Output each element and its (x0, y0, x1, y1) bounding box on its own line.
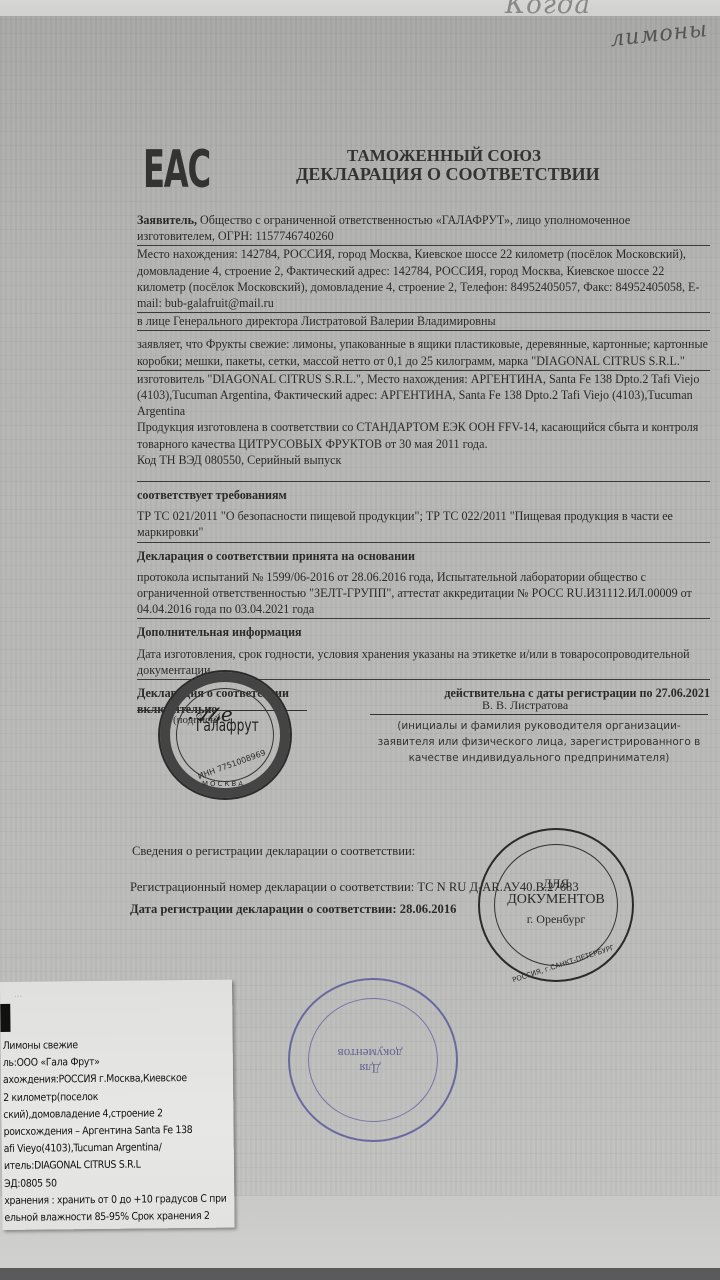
registration-date-value: 28.06.2016 (400, 902, 457, 916)
eac-logo-icon: EAC (143, 140, 210, 200)
divider (137, 468, 710, 482)
copy-certification-stamp: ДЛЯ ДОКУМЕНТОВ г. Оренбург РОССИЯ, г.САН… (478, 828, 634, 982)
stamp-line-3: г. Оренбург (480, 912, 632, 927)
declaration-body: Заявитель, Общество с ограниченной ответ… (137, 212, 710, 717)
name-line (370, 714, 708, 715)
signatory-name: В. В. Листратова (482, 698, 568, 713)
registration-date-label: Дата регистрации декларации о соответств… (130, 902, 397, 916)
document-title-union: ТАМОЖЕННЫЙ СОЮЗ (347, 146, 541, 166)
product-description: заявляет, что Фрукты свежие: лимоны, упа… (137, 336, 710, 370)
blue-stamp-text: Для документов (320, 1046, 420, 1076)
product-label-sticker: … Лимоны свежие ль:ООО «Гала Фрут» ахожд… (0, 980, 235, 1230)
stamp-line-1: ДЛЯ (480, 876, 632, 892)
company-seal-stamp: 𝒜𝓁𝓈𝑒 Галафрут ИНН 7751008969 МОСКВА (158, 670, 292, 800)
sticker-line: роисхождения – Аргентина Santa Fe 138 (3, 1122, 225, 1142)
sticker-text: Лимоны свежие ль:ООО «Гала Фрут» ахожден… (3, 1036, 227, 1228)
basis-text: протокола испытаний № 1599/06-2016 от 28… (137, 569, 710, 620)
document-title: ДЕКЛАРАЦИЯ О СООТВЕТСТВИИ (296, 164, 600, 185)
additional-label: Дополнительная информация (137, 624, 710, 640)
applicant-representative: в лице Генерального директора Листратово… (137, 313, 710, 331)
manufacturer-info: изготовитель "DIAGONAL CITRUS S.R.L.", М… (137, 371, 710, 420)
seal-city: МОСКВА (202, 780, 245, 788)
seal-company-name: Галафрут (196, 716, 259, 736)
applicant-label: Заявитель, (137, 213, 197, 227)
sticker-line: ельной влажности 85-95% Срок хранения 2 (4, 1208, 226, 1228)
standard-info: Продукция изготовлена в соответствии со … (137, 419, 710, 451)
applicant-text: Общество с ограниченной ответственностью… (137, 213, 630, 243)
registration-number-label: Регистрационный номер декларации о соотв… (130, 880, 414, 894)
basis-label: Декларация о соответствии принята на осн… (137, 548, 710, 564)
blue-stamp: Для документов (288, 978, 458, 1142)
sticker-black-mark (0, 1004, 10, 1032)
sticker-ghost-text: … (14, 990, 22, 1000)
applicant-block: Заявитель, Общество с ограниченной ответ… (137, 212, 710, 246)
table-edge (0, 1268, 720, 1280)
blue-stamp-line-1: Для (320, 1061, 420, 1076)
regulations: ТР ТС 021/2011 "О безопасности пищевой п… (137, 508, 710, 542)
registration-date: Дата регистрации декларации о соответств… (130, 902, 456, 917)
registration-heading: Сведения о регистрации декларации о соот… (132, 844, 415, 859)
stamp-line-2: ДОКУМЕНТОВ (480, 892, 632, 908)
signatory-caption: (инициалы и фамилия руководителя организ… (370, 718, 708, 766)
applicant-address: Место нахождения: 142784, РОССИЯ, город … (137, 246, 710, 313)
blue-stamp-line-2: документов (320, 1046, 420, 1061)
complies-label: соответствует требованиям (137, 487, 710, 503)
hs-code: Код ТН ВЭД 080550, Серийный выпуск (137, 452, 710, 468)
